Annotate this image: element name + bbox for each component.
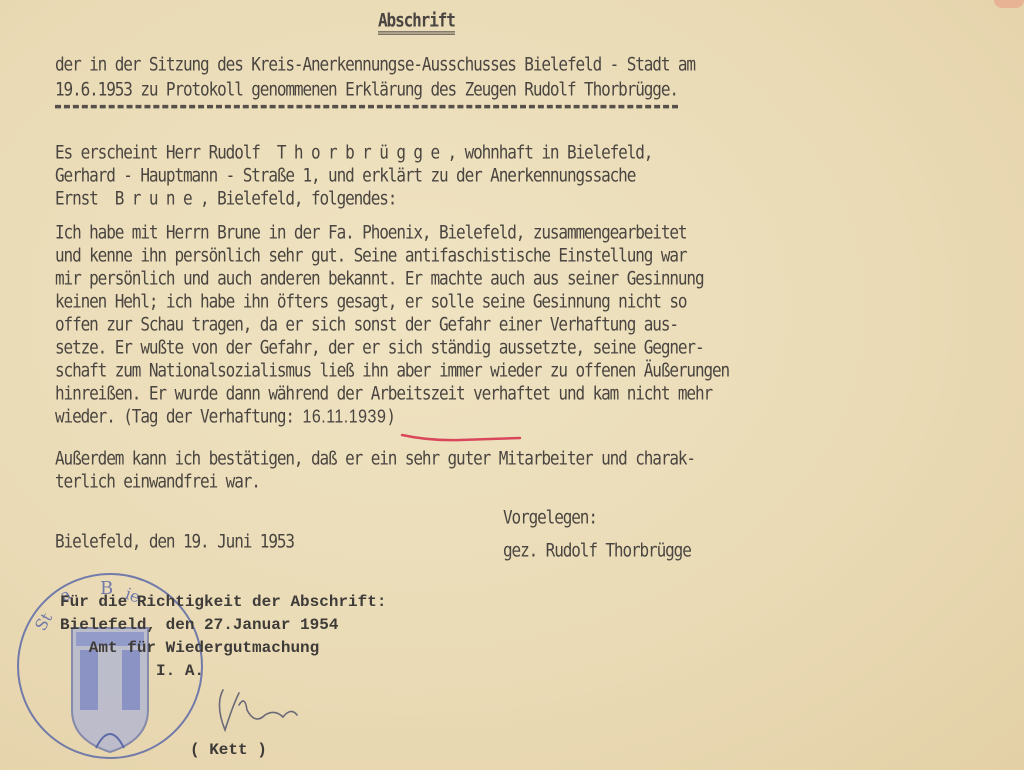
- certification-line-1: Für die Richtigkeit der Abschrift:: [60, 590, 386, 615]
- appearance-line-3: Ernst B r u n e , Bielefeld, folgendes:: [55, 184, 396, 213]
- place-date: Bielefeld, den 19. Juni 1953: [55, 527, 294, 556]
- certification-line-4: I. A.: [60, 659, 204, 684]
- intro-line-2: 19.6.1953 zu Protokoll genommenen Erklär…: [55, 75, 678, 108]
- addendum-line-2: terlich einwandfrei war.: [55, 467, 260, 496]
- signatory-name: ( Kett ): [190, 738, 267, 763]
- handwritten-signature: [205, 685, 315, 740]
- certification-line-2: Bielefeld, den 27.Januar 1954: [60, 613, 338, 638]
- red-pencil-underline: [400, 432, 522, 442]
- presented-label: Vorgelegen:: [503, 503, 597, 532]
- arrest-line: wieder. (Tag der Verhaftung: 16.11.1939): [55, 402, 395, 432]
- certification-line-3: Amt für Wiedergutmachung: [60, 636, 319, 661]
- document-title: Abschrift: [378, 6, 455, 35]
- arrest-suffix: ): [386, 405, 395, 427]
- arrest-date: 16.11.1939: [302, 408, 386, 428]
- red-corner-mark: [994, 0, 1024, 8]
- signed-by: gez. Rudolf Thorbrügge: [503, 536, 691, 565]
- arrest-prefix: wieder. (Tag der Verhaftung:: [55, 405, 302, 427]
